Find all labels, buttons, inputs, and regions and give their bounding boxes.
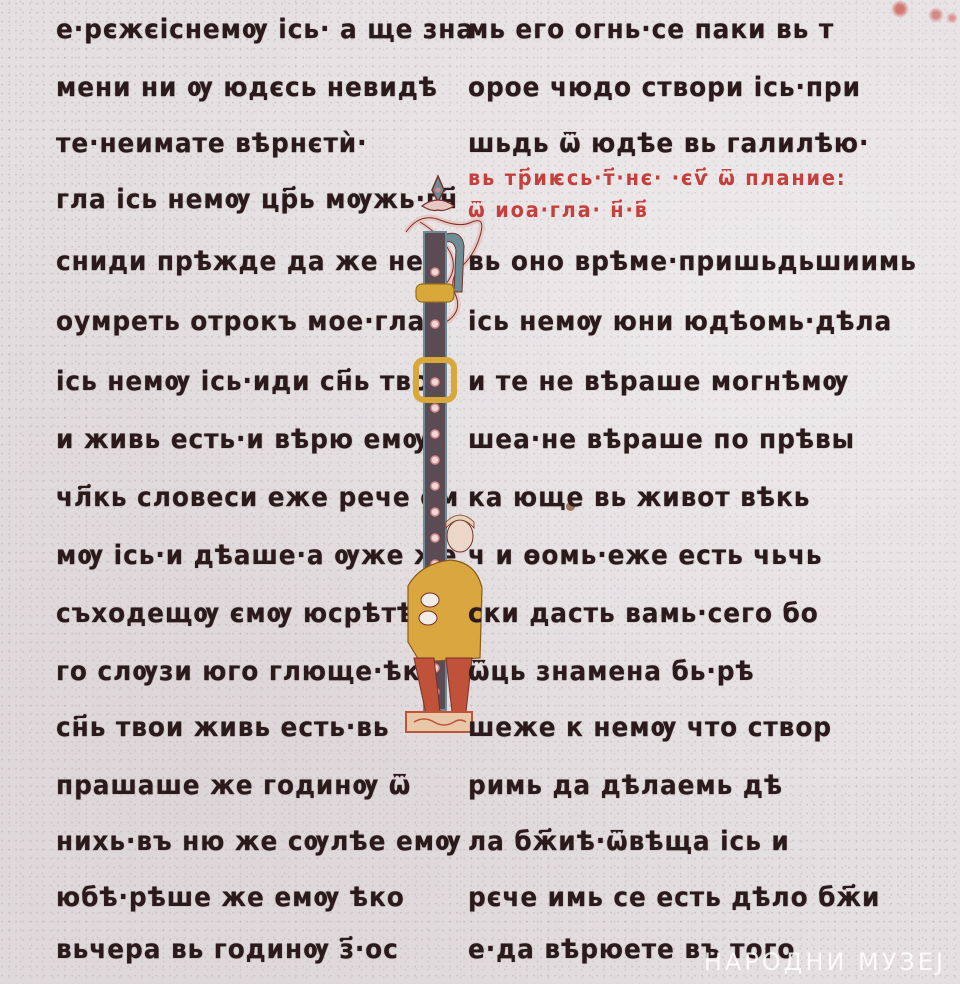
text-line: ѿць знамена бь·рѣ — [468, 656, 755, 687]
text-line: е·рєжєіснемѹ ісь· а ще зна — [56, 14, 474, 45]
museum-watermark: НАРОДНИ МУЗЕЈ — [704, 948, 946, 976]
text-line: шеа·не вѣраше по прѣвы — [468, 424, 855, 455]
text-line: чл҃кь словеси еже рече ем — [56, 482, 459, 513]
text-line: римь да дѣлаемь дѣ — [468, 770, 783, 801]
text-line: ла бж҃иѣ·ѿвѣща ісь и — [468, 826, 790, 857]
text-line: и живь есть·и вѣрю емѹ — [56, 424, 429, 455]
text-line: сниди прѣжде да же не — [56, 246, 424, 277]
text-line: оумреть отрокъ мое·гла — [56, 306, 425, 337]
text-line: прашаше же годинѹ ѿ — [56, 770, 411, 801]
text-line: ски дасть вамь·сего бо — [468, 598, 819, 629]
text-line: шьдь ѿ юдѣе вь галилѣю· — [468, 128, 869, 159]
text-line: мѹ ісь·и дѣаше·а ѹже же — [56, 540, 457, 571]
text-line: вь оно врѣме·пришьдьшиимь — [468, 246, 917, 277]
rubric-line: вь тр҃иѥсь·т҃·нє· ·єѵ҃ ѿ плание: — [468, 166, 846, 190]
text-line: рєче имь се есть дѣло бж҃и — [468, 882, 880, 913]
text-line: ісь немѹ ісь·иди сн҃ь тво — [56, 366, 430, 397]
text-line: шеже к немѹ что створ — [468, 712, 832, 743]
text-line: го слѹзи юго глюще·ѣко — [56, 656, 438, 687]
text-line: гла ісь немѹ цр҃ь мѹжь·гн҃ — [56, 184, 458, 215]
text-line: сн҃ь твои живь есть·вь — [56, 712, 390, 743]
text-line: орое чюдо створи ісь·при — [468, 72, 861, 103]
text-line: юбѣ·рѣше же емѹ ѣко — [56, 882, 405, 913]
text-line: мени ни ѹ юдєсь невидѣ — [56, 72, 438, 103]
text-line: ч и ѳомь·еже есть чьчь — [468, 540, 822, 571]
red-pigment-stain — [880, 0, 960, 30]
text-line: мь его огнь·се паки вь т — [468, 14, 834, 45]
rubric-line: ѿ иоа·гла· н҃·в҃ — [468, 198, 649, 222]
text-line: и те не вѣраше могнѣмѹ — [468, 366, 849, 397]
text-line: нихь·въ ню же сѹлѣе емѹ — [56, 826, 462, 857]
text-line: вьчера вь годинѹ з҃·ос — [56, 934, 399, 965]
text-line: те·неимате вѣрнєтѝ· — [56, 128, 367, 159]
text-line: ісь немѹ юни юдѣомь·дѣла — [468, 306, 892, 337]
text-line: ка юще вь живот вѣкь — [468, 482, 810, 513]
